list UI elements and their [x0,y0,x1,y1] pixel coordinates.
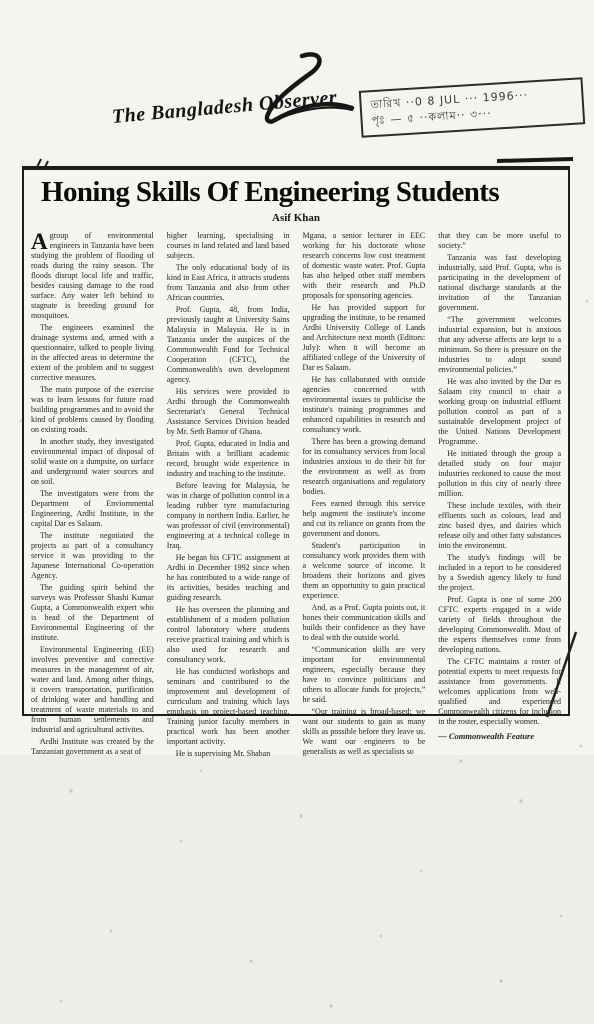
article-paragraph: Mgana, a senior lecturer in EEC working … [303,231,426,301]
lead-paragraph-text: group of environmental engineers in Tanz… [31,231,154,320]
article-columns: Agroup of environmental engineers in Tan… [31,231,561,761]
article-paragraph: There has been a growing demand for its … [303,437,426,497]
article-paragraph: He is supervising Mr. Shaban [167,749,290,759]
article-paragraph: He initiated through the group a detaile… [438,449,561,499]
column-3-paragraphs: Mgana, a senior lecturer in EEC working … [303,231,426,757]
article-paragraph: These include textiles, with their efflu… [438,501,561,551]
article-paragraph: Before leaving for Malaysia, he was in c… [167,481,290,551]
column-1-paragraphs: The engineers examined the drainage syst… [31,323,154,757]
article-paragraph: He has provided support for upgrading th… [303,303,426,373]
article-paragraph: The engineers examined the drainage syst… [31,323,154,383]
column-2-paragraphs: higher learning, specialising in courses… [167,231,290,759]
article-column-3: Mgana, a senior lecturer in EEC working … [303,231,426,761]
scan-noise [0,0,2,2]
article-paragraph: Prof. Gupta, 48, from India, previously … [167,305,290,385]
article-paragraph: Prof. Gupta, educated in India and Brita… [167,439,290,479]
article-paragraph: Fees earned through this service help au… [303,499,426,539]
article-paragraph: He has collaborated with outside agencie… [303,375,426,435]
article-paragraph: In another study, they investigated envi… [31,437,154,487]
article-headline: Honing Skills Of Engineering Students [41,176,561,209]
article-paragraph: Student's participation in consultancy w… [303,541,426,601]
article-paragraph: that they can be more useful to society.… [438,231,561,251]
article-clipping: Honing Skills Of Engineering Students As… [22,166,570,716]
article-column-2: higher learning, specialising in courses… [167,231,290,761]
article-paragraph: The institute negotiated the projects as… [31,531,154,581]
article-column-1: Agroup of environmental engineers in Tan… [31,231,154,761]
drop-cap: A [31,231,50,251]
article-paragraph: Ardhi Institute was created by the Tanza… [31,737,154,757]
article-paragraph: Tanzania was fast developing industriall… [438,253,561,313]
article-paragraph: The study's findings will be included in… [438,553,561,593]
article-paragraph: higher learning, specialising in courses… [167,231,290,261]
clipping-cut-mark [543,630,579,720]
article-paragraph: “Communication skills are very important… [303,645,426,705]
article-paragraph: His services were provided to Ardhi thro… [167,387,290,437]
article-paragraph: The investigators were from the Departme… [31,489,154,529]
lead-paragraph: Agroup of environmental engineers in Tan… [31,231,154,321]
article-paragraph: He was also invited by the Dar es Salaam… [438,377,561,447]
article-paragraph: And, as a Prof. Gupta points out, it hon… [303,603,426,643]
article-paragraph: He has overseen the planning and establi… [167,605,290,665]
article-paragraph: Environmental Engineering (EE) involves … [31,645,154,735]
article-paragraph: “Our training is broad-based; we want ou… [303,707,426,757]
article-byline: Asif Khan [31,212,561,224]
scanned-newspaper-page: The Bangladesh Observer তারিখ ··0 8 JUL … [0,0,594,1024]
article-paragraph: The guiding spirit behind the surveys wa… [31,583,154,643]
article-paragraph: He has conducted workshops and seminars … [167,667,290,747]
article-paragraph: The only educational body of its kind in… [167,263,290,303]
article-paragraph: He began his CFTC assignment at Ardhi in… [167,553,290,603]
article-paragraph: The main purpose of the exercise was to … [31,385,154,435]
article-credit: — Commonwealth Feature [438,731,561,741]
article-paragraph: “The government welcomes industrial expa… [438,315,561,375]
